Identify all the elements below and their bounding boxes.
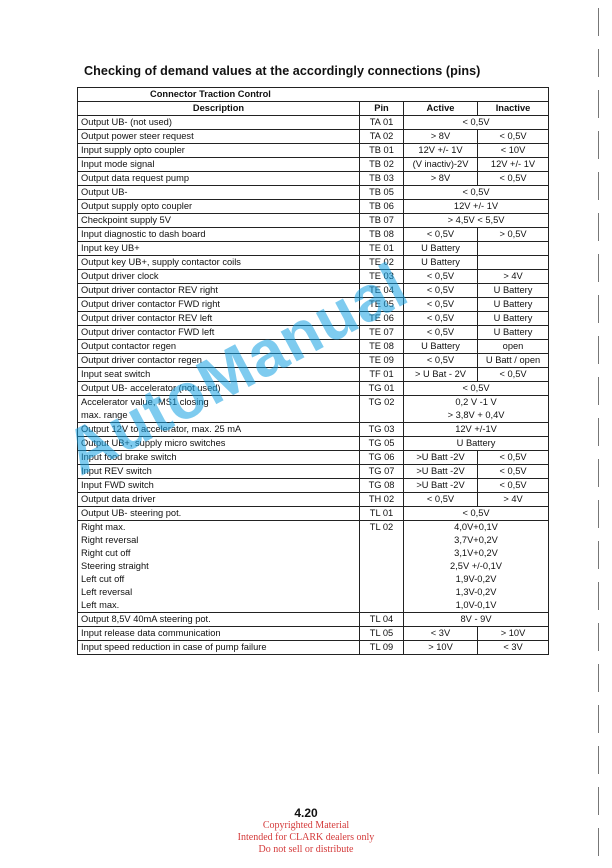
table-row: Output data driverTH 02< 0,5V> 4V [78,493,549,507]
table-row: Output power steer requestTA 02> 8V< 0,5… [78,130,549,144]
description-cell: Output driver contactor FWD left [78,326,360,340]
inactive-cell: < 0,5V [478,172,549,186]
edge-mark [598,8,599,36]
connector-header: Connector Traction Control [78,88,549,102]
pin-cell: TA 02 [360,130,404,144]
table-row: max. range> 3,8V + 0,4V [78,409,549,423]
value-cell: U Battery [404,437,549,451]
value-cell: > 4,5V < 5,5V [404,214,549,228]
active-cell: < 3V [404,627,478,641]
pin-cell: TB 01 [360,144,404,158]
pin-cell [360,599,404,613]
table-row: Steering straight2,5V +/-0,1V [78,560,549,573]
table-row: Input REV switchTG 07>U Batt -2V< 0,5V [78,465,549,479]
edge-mark [598,500,599,528]
demand-values-table: Connector Traction Control Description P… [77,87,549,655]
pin-cell: TB 03 [360,172,404,186]
copyright-line: Do not sell or distribute [0,844,612,856]
pin-cell: TL 04 [360,613,404,627]
value-cell: 0,2 V -1 V [404,396,549,410]
inactive-cell: < 0,5V [478,479,549,493]
value-cell: < 0,5V [404,507,549,521]
pin-cell: TG 01 [360,382,404,396]
edge-mark [598,418,599,446]
table-row: Output contactor regenTE 08U Batteryopen [78,340,549,354]
inactive-cell: < 0,5V [478,465,549,479]
table-row: Output driver contactor FWD leftTE 07< 0… [78,326,549,340]
active-cell: > 10V [404,641,478,655]
description-cell: Accelerator value, MS1 closing [78,396,360,410]
pin-cell: TG 05 [360,437,404,451]
inactive-cell: < 0,5V [478,130,549,144]
table-row: Input diagnostic to dash boardTB 08< 0,5… [78,228,549,242]
pin-cell: TE 07 [360,326,404,340]
value-cell: 1,9V-0,2V [404,573,549,586]
pin-cell: TG 08 [360,479,404,493]
pin-cell: TB 02 [360,158,404,172]
active-cell: U Battery [404,242,478,256]
pin-cell: TE 08 [360,340,404,354]
pin-cell: TL 05 [360,627,404,641]
table-row: Input key UB+TE 01U Battery [78,242,549,256]
description-cell: Input mode signal [78,158,360,172]
table-row: Output UB- (not used)TA 01< 0,5V [78,116,549,130]
value-cell: 12V +/- 1V [404,200,549,214]
active-cell: < 0,5V [404,312,478,326]
description-cell: Input speed reduction in case of pump fa… [78,641,360,655]
value-cell: 1,3V-0,2V [404,586,549,599]
active-cell: < 0,5V [404,284,478,298]
inactive-cell: > 0,5V [478,228,549,242]
active-cell: > 8V [404,130,478,144]
active-cell: < 0,5V [404,354,478,368]
table-row: Output UB- steering pot.TL 01< 0,5V [78,507,549,521]
description-cell: Output driver clock [78,270,360,284]
column-header-active: Active [404,102,478,116]
inactive-cell: U Battery [478,312,549,326]
description-cell: Output UB+, supply micro switches [78,437,360,451]
description-cell: Input FWD switch [78,479,360,493]
pin-cell: TE 02 [360,256,404,270]
pin-cell [360,573,404,586]
description-cell: Input release data communication [78,627,360,641]
value-cell: 4,0V+0,1V [404,521,549,535]
active-cell: < 0,5V [404,270,478,284]
description-cell: Input key UB+ [78,242,360,256]
pin-cell: TE 05 [360,298,404,312]
value-cell: > 3,8V + 0,4V [404,409,549,423]
pin-cell: TG 07 [360,465,404,479]
pin-cell: TB 08 [360,228,404,242]
value-cell: 8V - 9V [404,613,549,627]
pin-cell [360,560,404,573]
value-cell: 12V +/-1V [404,423,549,437]
value-cell: 3,1V+0,2V [404,547,549,560]
edge-mark [598,172,599,200]
description-cell: Output UB- (not used) [78,116,360,130]
pin-cell: TB 06 [360,200,404,214]
inactive-cell: > 4V [478,493,549,507]
active-cell: > U Bat - 2V [404,368,478,382]
pin-cell: TB 07 [360,214,404,228]
description-cell: Output driver contactor FWD right [78,298,360,312]
copyright-line: Intended for CLARK dealers only [0,832,612,844]
edge-mark [598,623,599,651]
description-cell: Input diagnostic to dash board [78,228,360,242]
pin-cell: TL 09 [360,641,404,655]
inactive-cell: U Battery [478,326,549,340]
table-row: Output 12V to accelerator, max. 25 mATG … [78,423,549,437]
pin-cell: TA 01 [360,116,404,130]
edge-mark [598,664,599,692]
value-cell: 2,5V +/-0,1V [404,560,549,573]
description-cell: Left reversal [78,586,360,599]
inactive-cell [478,256,549,270]
table-row: Input supply opto couplerTB 0112V +/- 1V… [78,144,549,158]
description-cell: Output key UB+, supply contactor coils [78,256,360,270]
table-row: Input release data communicationTL 05< 3… [78,627,549,641]
table-row: Output driver contactor regenTE 09< 0,5V… [78,354,549,368]
binder-edge-marks [598,0,604,868]
inactive-cell: < 0,5V [478,368,549,382]
active-cell: < 0,5V [404,228,478,242]
inactive-cell: 12V +/- 1V [478,158,549,172]
pin-cell: TB 05 [360,186,404,200]
edge-mark [598,295,599,323]
description-cell: Checkpoint supply 5V [78,214,360,228]
edge-mark [598,213,599,241]
pin-cell: TE 01 [360,242,404,256]
value-cell: < 0,5V [404,186,549,200]
description-cell: Input seat switch [78,368,360,382]
edge-mark [598,746,599,774]
description-cell: Steering straight [78,560,360,573]
inactive-cell: > 4V [478,270,549,284]
table-row: Output key UB+, supply contactor coilsTE… [78,256,549,270]
description-cell: Right reversal [78,534,360,547]
active-cell: >U Batt -2V [404,479,478,493]
active-cell: U Battery [404,256,478,270]
active-cell: < 0,5V [404,298,478,312]
edge-mark [598,336,599,364]
edge-mark [598,828,599,856]
copyright-line: Copyrighted Material [0,820,612,832]
description-cell: Output driver contactor REV left [78,312,360,326]
page-number: 4.20 [0,806,612,820]
description-cell: Output 8,5V 40mA steering pot. [78,613,360,627]
table-row: Output UB- accelerator (not used)TG 01< … [78,382,549,396]
inactive-cell: > 10V [478,627,549,641]
pin-cell [360,547,404,560]
table-row: Output supply opto couplerTB 0612V +/- 1… [78,200,549,214]
active-cell: >U Batt -2V [404,451,478,465]
table-row: Left cut off1,9V-0,2V [78,573,549,586]
edge-mark [598,787,599,815]
description-cell: Output UB- steering pot. [78,507,360,521]
page-title: Checking of demand values at the accordi… [84,64,480,78]
active-cell: U Battery [404,340,478,354]
table-row: Input seat switchTF 01> U Bat - 2V< 0,5V [78,368,549,382]
table-row: Output 8,5V 40mA steering pot.TL 048V - … [78,613,549,627]
table-row: Input FWD switchTG 08>U Batt -2V< 0,5V [78,479,549,493]
inactive-cell: < 3V [478,641,549,655]
pin-cell: TE 03 [360,270,404,284]
table-row: Input mode signalTB 02(V inactiv)-2V12V … [78,158,549,172]
pin-cell: TF 01 [360,368,404,382]
table-row: Output driver contactor FWD rightTE 05< … [78,298,549,312]
description-cell: Output 12V to accelerator, max. 25 mA [78,423,360,437]
value-cell: < 0,5V [404,116,549,130]
inactive-cell: U Battery [478,284,549,298]
edge-mark [598,377,599,405]
inactive-cell: open [478,340,549,354]
description-cell: Right max. [78,521,360,535]
pin-cell: TE 09 [360,354,404,368]
description-cell: Output driver contactor regen [78,354,360,368]
description-cell: Output supply opto coupler [78,200,360,214]
active-cell: < 0,5V [404,493,478,507]
table-body: Output UB- (not used)TA 01< 0,5VOutput p… [78,116,549,655]
table-row: Output data request pumpTB 03> 8V< 0,5V [78,172,549,186]
table-row: Left max.1,0V-0,1V [78,599,549,613]
table-row: Right cut off3,1V+0,2V [78,547,549,560]
pin-cell: TG 02 [360,396,404,410]
pin-cell [360,586,404,599]
column-header-inactive: Inactive [478,102,549,116]
edge-mark [598,90,599,118]
active-cell: 12V +/- 1V [404,144,478,158]
description-cell: Output data driver [78,493,360,507]
edge-mark [598,705,599,733]
column-header-description: Description [78,102,360,116]
edge-mark [598,254,599,282]
table-row: Right reversal3,7V+0,2V [78,534,549,547]
pin-cell: TH 02 [360,493,404,507]
description-cell: Input supply opto coupler [78,144,360,158]
pin-cell [360,409,404,423]
value-cell: < 0,5V [404,382,549,396]
inactive-cell: < 10V [478,144,549,158]
inactive-cell: U Battery [478,298,549,312]
active-cell: > 8V [404,172,478,186]
pin-cell: TE 06 [360,312,404,326]
description-cell: Right cut off [78,547,360,560]
table-row: Output driver contactor REV leftTE 06< 0… [78,312,549,326]
description-cell: Output data request pump [78,172,360,186]
inactive-cell: < 0,5V [478,451,549,465]
active-cell: (V inactiv)-2V [404,158,478,172]
description-cell: Left cut off [78,573,360,586]
pin-cell: TE 04 [360,284,404,298]
description-cell: Input REV switch [78,465,360,479]
table-row: Right max.TL 024,0V+0,1V [78,521,549,535]
description-cell: Output contactor regen [78,340,360,354]
pin-cell: TL 02 [360,521,404,535]
description-cell: Output power steer request [78,130,360,144]
table-row: Output UB+, supply micro switchesTG 05U … [78,437,549,451]
description-cell: Output UB- [78,186,360,200]
active-cell: < 0,5V [404,326,478,340]
inactive-cell: U Batt / open [478,354,549,368]
column-header-pin: Pin [360,102,404,116]
description-cell: Output driver contactor REV right [78,284,360,298]
pin-cell: TG 03 [360,423,404,437]
description-cell: Input food brake switch [78,451,360,465]
copyright-notice: Copyrighted Material Intended for CLARK … [0,820,612,856]
edge-mark [598,131,599,159]
edge-mark [598,49,599,77]
description-cell: max. range [78,409,360,423]
pin-cell: TG 06 [360,451,404,465]
table-row: Input speed reduction in case of pump fa… [78,641,549,655]
inactive-cell [478,242,549,256]
value-cell: 3,7V+0,2V [404,534,549,547]
table-row: Accelerator value, MS1 closingTG 020,2 V… [78,396,549,410]
value-cell: 1,0V-0,1V [404,599,549,613]
description-cell: Left max. [78,599,360,613]
pin-cell: TL 01 [360,507,404,521]
active-cell: >U Batt -2V [404,465,478,479]
table-row: Output driver contactor REV rightTE 04< … [78,284,549,298]
table-row: Input food brake switchTG 06>U Batt -2V<… [78,451,549,465]
table-row: Output driver clockTE 03< 0,5V> 4V [78,270,549,284]
description-cell: Output UB- accelerator (not used) [78,382,360,396]
edge-mark [598,459,599,487]
pin-cell [360,534,404,547]
table-row: Output UB-TB 05< 0,5V [78,186,549,200]
edge-mark [598,582,599,610]
table-row: Checkpoint supply 5VTB 07> 4,5V < 5,5V [78,214,549,228]
table-row: Left reversal1,3V-0,2V [78,586,549,599]
edge-mark [598,541,599,569]
